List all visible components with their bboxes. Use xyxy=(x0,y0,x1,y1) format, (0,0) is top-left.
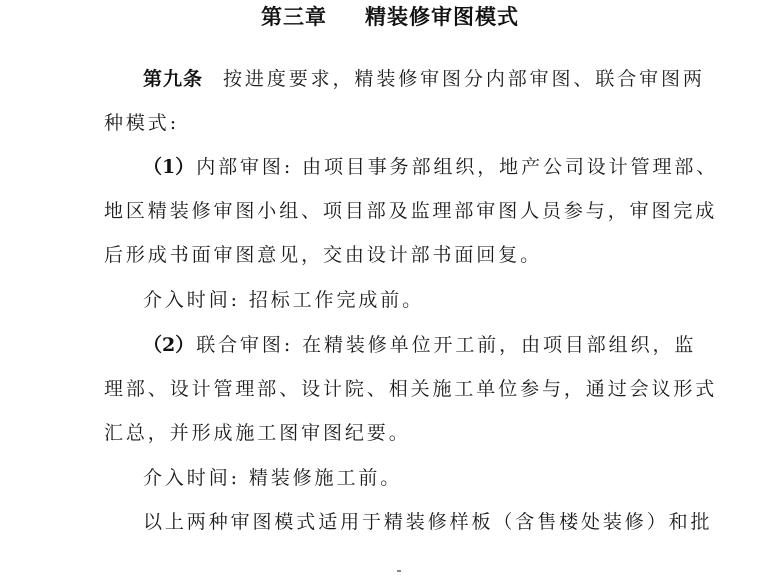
item2-line-1: （2）联合审图: 在精装修单位开工前，由项目部组织，监 xyxy=(143,330,696,360)
item2-text: 联合审图: 在精装修单位开工前，由项目部组织，监 xyxy=(196,334,696,356)
article-heading: 第九条 xyxy=(143,68,203,90)
item2-line-2: 理部、设计管理部、设计院、相关施工单位参与，通过会议形式 xyxy=(104,374,717,404)
chapter-title: 第三章精装修审图模式 xyxy=(0,2,780,32)
article-line-1: 第九条按进度要求，精装修审图分内部审图、联合审图两 xyxy=(143,64,705,94)
item1-timing: 介入时间: 招标工作完成前。 xyxy=(143,285,424,315)
item2-timing: 介入时间: 精装修施工前。 xyxy=(143,463,402,493)
item2-line-3: 汇总，并形成施工图审图纪要。 xyxy=(104,418,411,448)
item1-line-1: （1）内部审图: 由项目事务部组织，地产公司设计管理部、 xyxy=(143,152,718,182)
chapter-number: 第三章 xyxy=(261,4,327,29)
item1-text: 内部审图: 由项目事务部组织，地产公司设计管理部、 xyxy=(196,156,718,178)
page-number-mark xyxy=(397,570,401,572)
item1-number: （1） xyxy=(143,156,194,178)
item1-line-2: 地区精装修审图小组、项目部及监理部审图人员参与，审图完成 xyxy=(104,196,717,226)
item1-line-3: 后形成书面审图意见，交由设计部书面回复。 xyxy=(104,240,542,270)
closing-line: 以上两种审图模式适用于精装修样板（含售楼处装修）和批 xyxy=(143,507,712,537)
article-text: 按进度要求，精装修审图分内部审图、联合审图两 xyxy=(223,68,705,90)
document-page: 第三章精装修审图模式 第九条按进度要求，精装修审图分内部审图、联合审图两 种模式… xyxy=(0,0,780,575)
article-line-2: 种模式: xyxy=(104,108,179,138)
item2-number: （2） xyxy=(143,334,194,356)
chapter-name: 精装修审图模式 xyxy=(365,4,519,29)
